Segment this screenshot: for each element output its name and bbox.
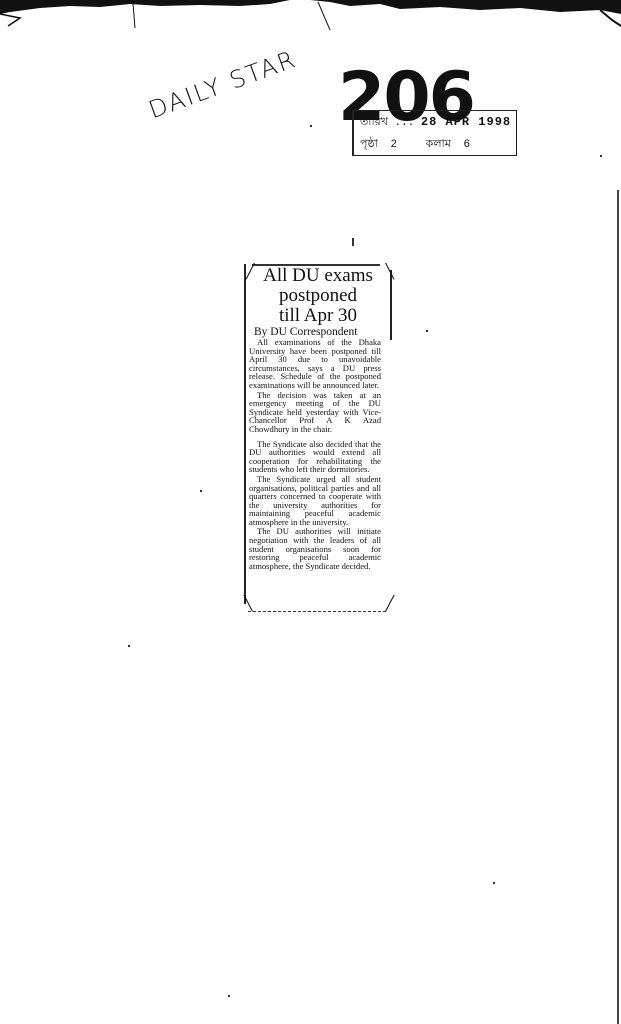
article-paragraph: The Syndicate urged all student organisa… <box>249 475 381 527</box>
stamp-page-label: পৃষ্ঠা <box>360 139 378 151</box>
scan-top-edge <box>0 0 621 30</box>
scan-speck <box>426 330 428 332</box>
scan-speck <box>228 995 230 997</box>
scan-speck <box>600 155 602 157</box>
stamp-date: 28 APR 1998 <box>421 115 511 129</box>
clip-border-bottom <box>248 610 386 612</box>
stamp-column-value: 6 <box>463 139 470 151</box>
corner-mark-icon: ╲ <box>244 596 252 612</box>
article-paragraph: The decision was taken at an emergency m… <box>249 391 381 434</box>
scan-right-edge <box>617 190 619 1024</box>
scan-speck <box>128 645 130 647</box>
stamp-page-value: 2 <box>390 139 397 151</box>
date-stamp: তারিখ ... 28 APR 1998 পৃষ্ঠা 2 কলাম 6 <box>352 110 517 156</box>
clip-border-left <box>244 264 246 604</box>
clip-border-right <box>390 270 392 340</box>
article-paragraph: The Syndicate also decided that the DU a… <box>249 440 381 474</box>
scan-speck <box>310 125 312 127</box>
corner-mark-icon: ╲ <box>386 264 394 280</box>
scan-speck <box>352 238 354 246</box>
handwritten-source-note: DAILY STAR <box>145 45 300 124</box>
stamp-column-label: কলাম <box>426 139 451 151</box>
article-body: All examinations of the Dhaka University… <box>249 338 381 571</box>
scan-speck <box>493 882 495 884</box>
article-headline: All DU exams postponed till Apr 30 <box>250 266 386 326</box>
newspaper-clipping: ╱ ╲ ╲ ╱ All DU exams postponed till Apr … <box>244 264 390 614</box>
stamp-date-label: তারিখ ... <box>360 117 414 129</box>
article-paragraph: All examinations of the Dhaka University… <box>249 338 381 390</box>
scan-speck <box>200 490 202 492</box>
corner-mark-icon: ╱ <box>386 596 394 612</box>
article-paragraph: The DU authorities will initiate negotia… <box>249 527 381 570</box>
